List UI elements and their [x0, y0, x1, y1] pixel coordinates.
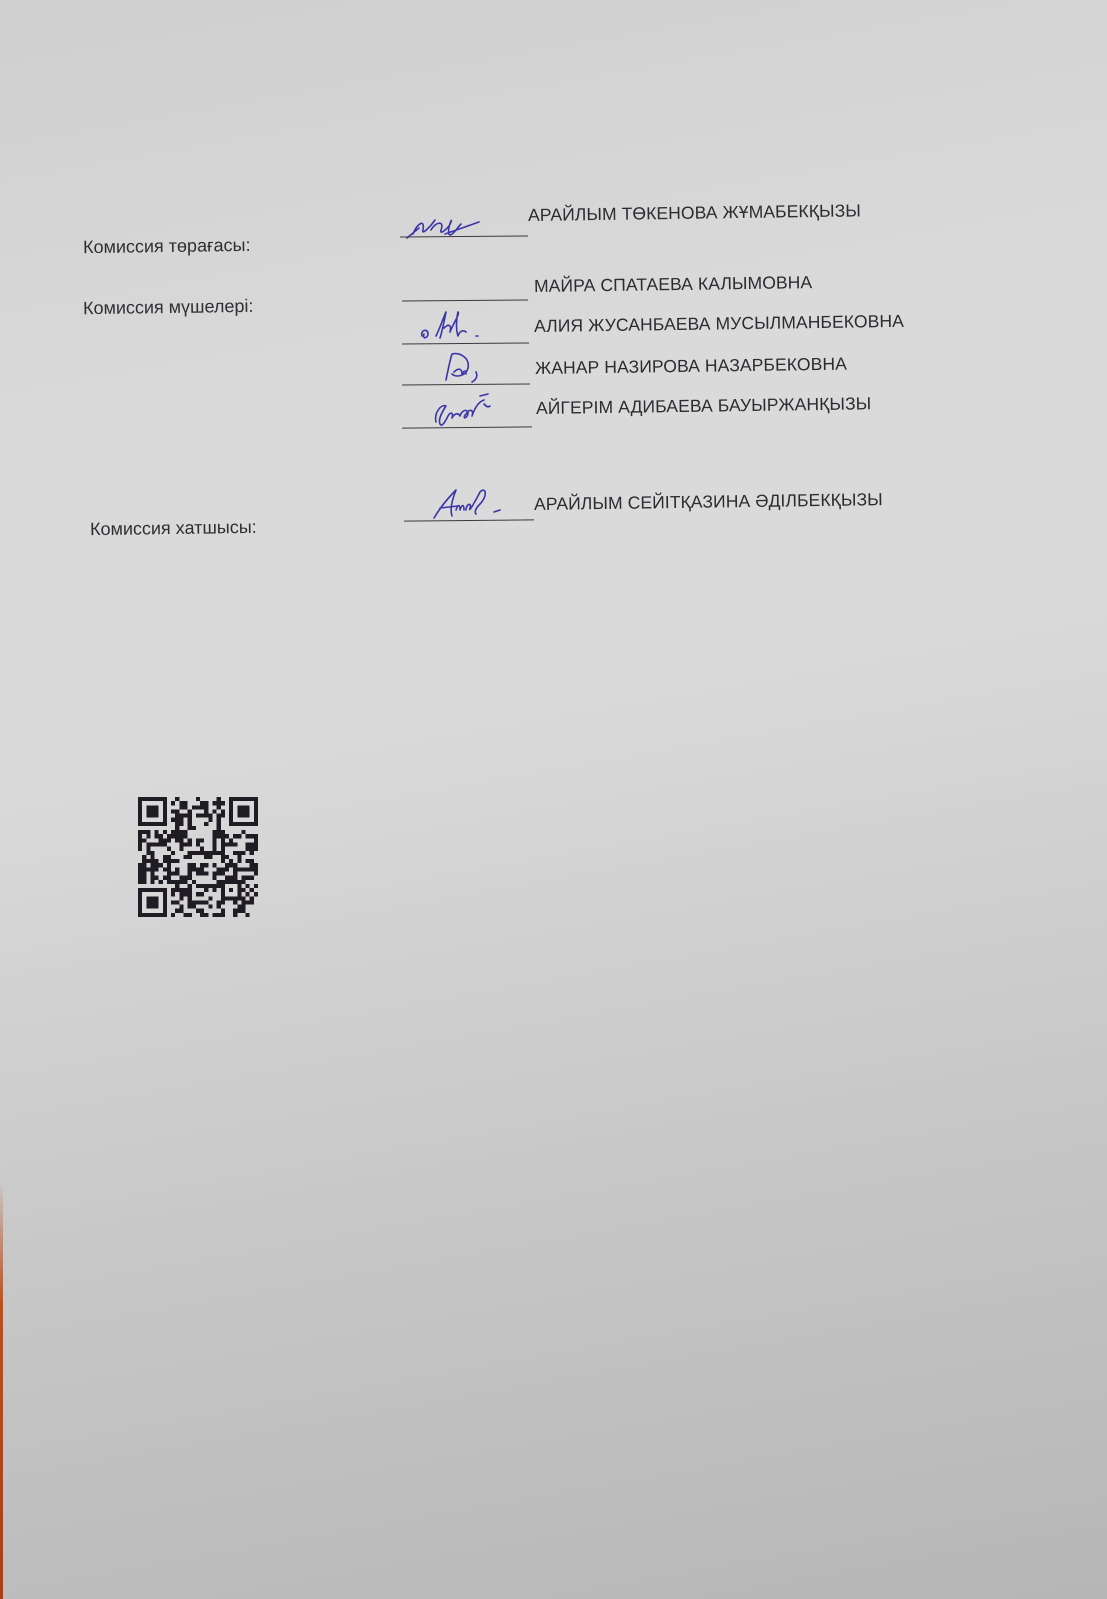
secretary-label: Комиссия хатшысы:: [90, 517, 257, 540]
secretary-signature: [430, 484, 510, 524]
member-1-signature-line: [402, 299, 528, 301]
qr-code-icon: [138, 797, 258, 917]
member-3-signature: [440, 350, 500, 386]
members-label: Комиссия мүшелері:: [83, 296, 254, 319]
member-2-signature: [418, 308, 488, 344]
chairman-name: АРАЙЛЫМ ТӨКЕНОВА ЖҰМАБЕКҚЫЗЫ: [528, 200, 861, 226]
member-2-name: АЛИЯ ЖУСАНБАЕВА МУСЫЛМАНБЕКОВНА: [534, 311, 904, 337]
signature-page: Комиссия төрағасы: АРАЙЛЫМ ТӨКЕНОВА ЖҰМА…: [0, 0, 1107, 1599]
secretary-name: АРАЙЛЫМ СЕЙІТҚАЗИНА ӘДІЛБЕКҚЫЗЫ: [534, 489, 883, 515]
member-3-name: ЖАНАР НАЗИРОВА НАЗАРБЕКОВНА: [535, 354, 847, 379]
member-1-name: МАЙРА СПАТАЕВА КАЛЫМОВНА: [534, 272, 813, 297]
chairman-label: Комиссия төрағасы:: [83, 235, 251, 258]
member-2-signature-line: [402, 342, 529, 344]
member-4-name: АЙГЕРІМ АДИБАЕВА БАУЫРЖАНҚЫЗЫ: [536, 393, 872, 419]
